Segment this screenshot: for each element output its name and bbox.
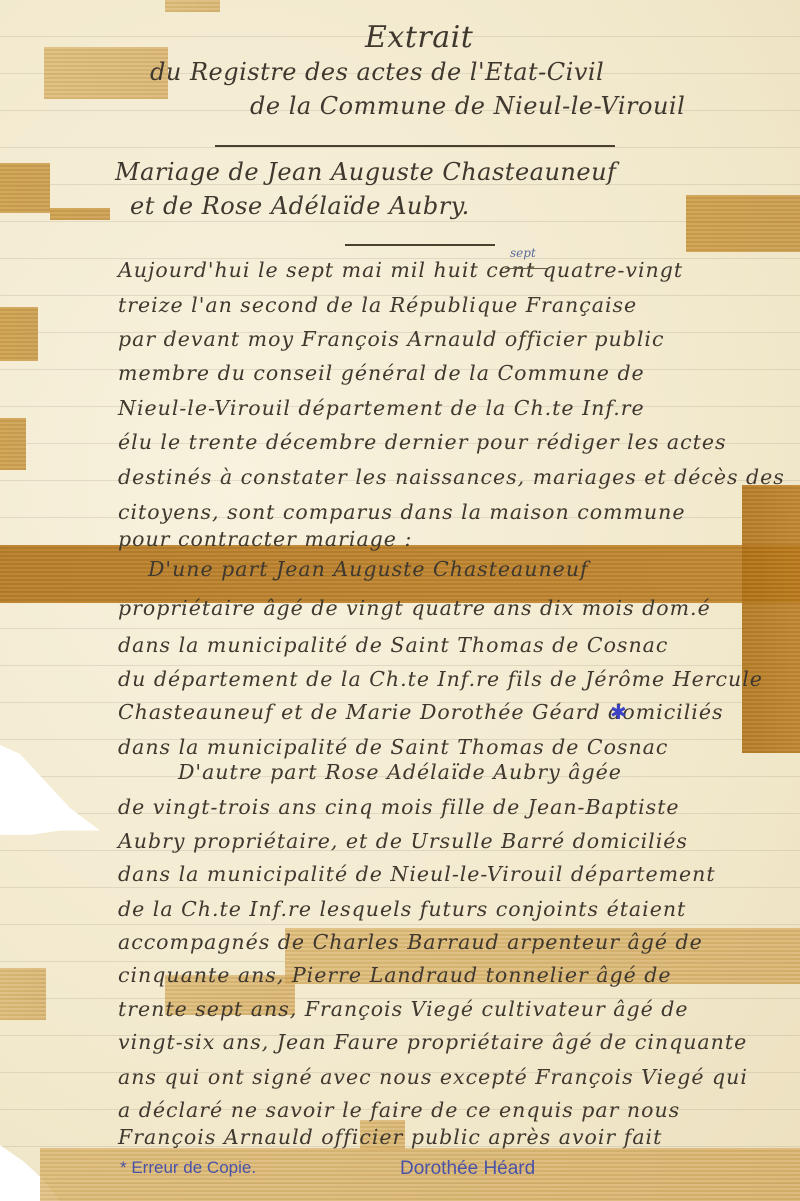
body-line: dans la municipalité de Saint Thomas de … [118,633,668,657]
body-line: Aubry propriétaire, et de Ursulle Barré … [118,829,688,853]
signature-correction: Dorothée Héard [400,1158,535,1180]
body-line: propriétaire âgé de vingt quatre ans dix… [118,596,711,620]
date-correction: sept [510,246,536,260]
body-line: membre du conseil général de la Commune … [118,361,645,385]
tape-strip [742,485,800,753]
body-line: du département de la Ch.te Inf.re fils d… [118,667,763,691]
body-line: élu le trente décembre dernier pour rédi… [118,430,727,454]
body-line: vingt-six ans, Jean Faure propriétaire â… [118,1030,747,1054]
tape-strip [0,307,38,361]
body-line: cinquante ans, Pierre Landraud tonnelier… [118,963,672,987]
register-subtitle: du Registre des actes de l'Etat-Civil [150,58,604,86]
body-line: dans la municipalité de Saint Thomas de … [118,735,668,759]
body-line: D'autre part Rose Adélaïde Aubry âgée [178,760,622,784]
body-line: de vingt-trois ans cinq mois fille de Je… [118,795,680,819]
tape-strip [165,0,220,12]
commune-subtitle: de la Commune de Nieul-le-Virouil [250,92,685,120]
copy-error-note: * Erreur de Copie. [120,1158,256,1178]
marriage-heading-line-2: et de Rose Adélaïde Aubry. [130,192,470,220]
strikethrough [505,268,547,269]
body-line: par devant moy François Arnauld officier… [118,327,664,351]
body-line: Aujourd'hui le sept mai mil huit cent qu… [118,258,683,282]
body-line: Nieul-le-Virouil département de la Ch.te… [118,396,645,420]
tape-strip [0,968,46,1020]
body-line: pour contracter mariage : [118,527,412,551]
body-line: trente sept ans, François Viegé cultivat… [118,997,689,1021]
heading-top-rule [215,145,615,147]
body-line: D'une part Jean Auguste Chasteauneuf [148,557,589,581]
heading-bottom-rule [345,244,495,246]
marriage-heading-line-1: Mariage de Jean Auguste Chasteauneuf [115,158,616,186]
tape-strip [686,195,800,252]
body-line: ans qui ont signé avec nous excepté Fran… [118,1065,748,1089]
tape-strip [0,418,26,470]
body-line: accompagnés de Charles Barraud arpenteur… [118,930,703,954]
body-line: François Arnauld officier public après a… [118,1125,662,1149]
body-line: citoyens, sont comparus dans la maison c… [118,500,685,524]
body-line: treize l'an second de la République Fran… [118,293,637,317]
body-line: de la Ch.te Inf.re lesquels futurs conjo… [118,897,686,921]
body-line: dans la municipalité de Nieul-le-Virouil… [118,862,716,886]
asterisk-mark: ✱ [610,700,627,724]
tape-strip [0,163,50,213]
body-line: Chasteauneuf et de Marie Dorothée Géard … [118,700,724,724]
body-line: destinés à constater les naissances, mar… [118,465,785,489]
document-title: Extrait [365,20,473,55]
body-line: a déclaré ne savoir le faire de ce enqui… [118,1098,680,1122]
tape-strip [50,208,110,220]
